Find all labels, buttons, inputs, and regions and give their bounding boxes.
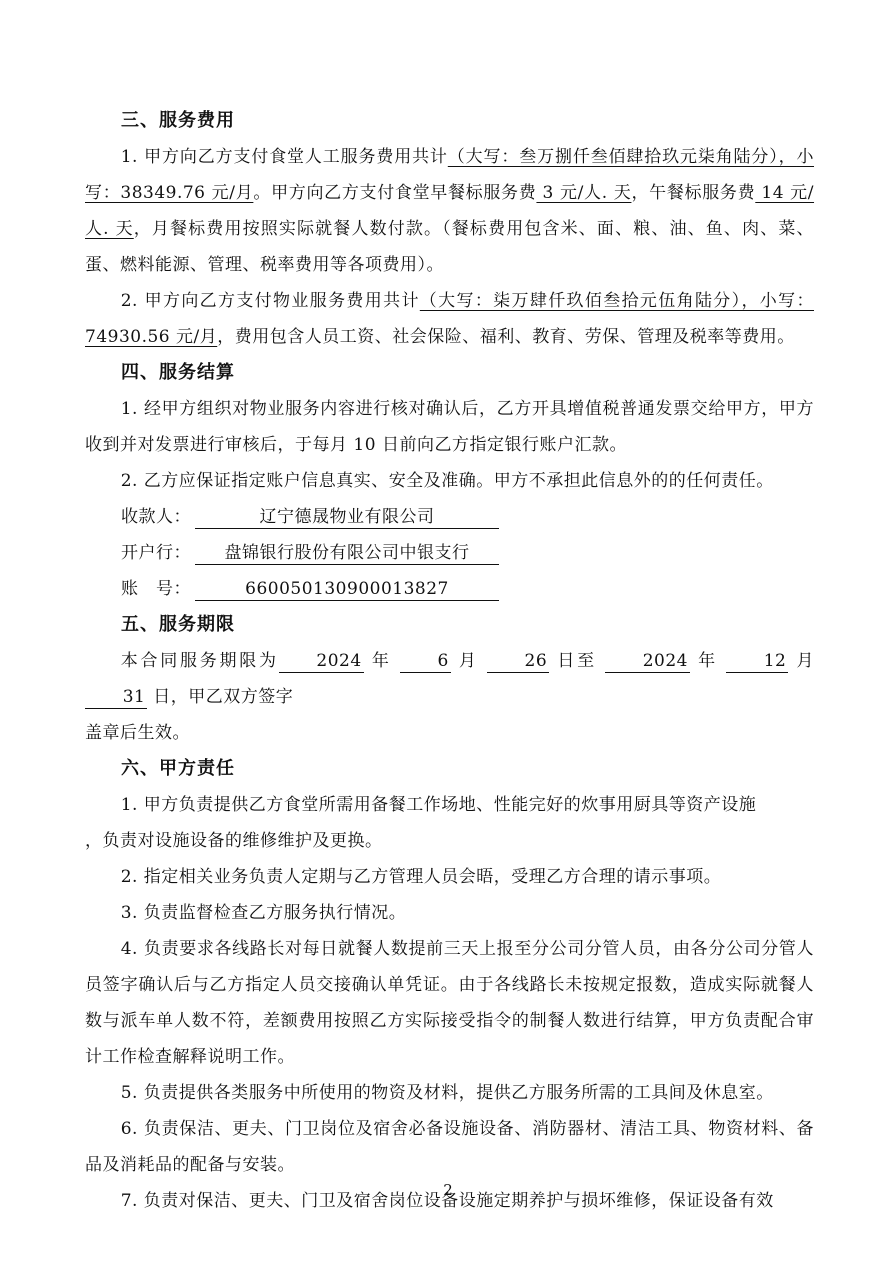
text-run: 2. 甲方向乙方支付物业服务费用共计 — [121, 291, 420, 311]
form-field: 开户行：盘锦银行股份有限公司中银支行 — [85, 535, 814, 571]
text-run: 日至 — [549, 651, 605, 671]
underlined-text: （大写：柒万肆仟玖佰叁拾元伍角陆分），小写： — [420, 291, 814, 311]
text-run: 6. 负责保洁、更夫、门卫岗位及宿舍必备设施设备、消防器材、清洁工具、物资材料、… — [85, 1119, 814, 1175]
text-run: 5. 负责提供各类服务中所使用的物资及材料，提供乙方服务所需的工具间及休息室。 — [121, 1083, 774, 1103]
text-run: 3. 负责监督检查乙方服务执行情况。 — [121, 903, 407, 923]
text-run: ，费用包含人员工资、社会保险、福利、教育、劳保、管理及税率等费用。 — [217, 327, 795, 347]
underlined-text: 3 元/人. 天 — [536, 183, 631, 203]
text-run: 1. 甲方向乙方支付食堂人工服务费用共计 — [121, 147, 448, 167]
paragraph: 4. 负责要求各线路长对每日就餐人数提前三天上报至分公司分管人员，由各分公司分管… — [85, 931, 814, 1075]
text-run: 2. 乙方应保证指定账户信息真实、安全及准确。甲方不承担此信息外的的任何责任。 — [121, 471, 774, 491]
field-label: 账 号： — [121, 579, 191, 599]
form-field: 收款人：辽宁德晟物业有限公司 — [85, 499, 814, 535]
paragraph: 1. 甲方负责提供乙方食堂所需用备餐工作场地、性能完好的炊事用厨具等资产设施，负… — [85, 787, 814, 859]
field-value: 盘锦银行股份有限公司中银支行 — [195, 543, 499, 565]
contract-page: 三、服务费用1. 甲方向乙方支付食堂人工服务费用共计（大写：叁万捌仟叁佰肆拾玖元… — [0, 0, 896, 1267]
text-run: 年 — [690, 651, 726, 671]
text-run: 本合同服务期限为 — [121, 651, 279, 671]
underlined-text: （大写：叁万捌仟叁佰肆拾玖元柒角陆分）， — [448, 147, 797, 167]
paragraph: 5. 负责提供各类服务中所使用的物资及材料，提供乙方服务所需的工具间及休息室。 — [85, 1075, 814, 1111]
form-field: 账 号：660050130900013827 — [85, 571, 814, 607]
blank-field: 12 — [726, 651, 788, 673]
field-value: 辽宁德晟物业有限公司 — [195, 507, 499, 529]
paragraph: 1. 经甲方组织对物业服务内容进行核对确认后，乙方开具增值税普通发票交给甲方，甲… — [85, 391, 814, 463]
underlined-text: 74930.56 元/月 — [85, 327, 217, 347]
page-number: 2 — [0, 1181, 896, 1199]
paragraph: 本合同服务期限为2024 年 6 月 26 日至 2024 年 12 月 31 … — [85, 643, 814, 751]
text-run: 盖章后生效。 — [85, 723, 190, 743]
field-label: 开户行： — [121, 543, 191, 563]
text-run: ，午餐标服务费 — [631, 183, 755, 203]
text-run: 月 — [451, 651, 487, 671]
field-value: 660050130900013827 — [195, 579, 499, 601]
text-run: ，负责对设施设备的维修维护及更换。 — [85, 831, 383, 851]
paragraph: 2. 指定相关业务负责人定期与乙方管理人员会晤，受理乙方合理的请示事项。 — [85, 859, 814, 895]
text-run: 2. 指定相关业务负责人定期与乙方管理人员会晤，受理乙方合理的请示事项。 — [121, 867, 722, 887]
text-run: 年 — [364, 651, 400, 671]
paragraph: 6. 负责保洁、更夫、门卫岗位及宿舍必备设施设备、消防器材、清洁工具、物资材料、… — [85, 1111, 814, 1183]
document-body: 三、服务费用1. 甲方向乙方支付食堂人工服务费用共计（大写：叁万捌仟叁佰肆拾玖元… — [85, 103, 814, 1219]
blank-field: 31 — [85, 687, 147, 709]
blank-field: 2024 — [605, 651, 690, 673]
text-run: 。甲方向乙方支付食堂早餐标服务费 — [253, 183, 536, 203]
section-heading: 四、服务结算 — [85, 355, 814, 391]
paragraph: 1. 甲方向乙方支付食堂人工服务费用共计（大写：叁万捌仟叁佰肆拾玖元柒角陆分），… — [85, 139, 814, 283]
text-run: 日，甲乙双方签字 — [147, 687, 293, 707]
text-run: 月 — [788, 651, 814, 671]
blank-field: 26 — [487, 651, 549, 673]
section-heading: 三、服务费用 — [85, 103, 814, 139]
blank-field: 2024 — [279, 651, 364, 673]
field-label: 收款人： — [121, 507, 191, 527]
paragraph: 3. 负责监督检查乙方服务执行情况。 — [85, 895, 814, 931]
paragraph: 2. 乙方应保证指定账户信息真实、安全及准确。甲方不承担此信息外的的任何责任。 — [85, 463, 814, 499]
text-run: 1. 甲方负责提供乙方食堂所需用备餐工作场地、性能完好的炊事用厨具等资产设施 — [121, 795, 757, 815]
section-heading: 六、甲方责任 — [85, 751, 814, 787]
blank-field: 6 — [400, 651, 451, 673]
text-run: 4. 负责要求各线路长对每日就餐人数提前三天上报至分公司分管人员，由各分公司分管… — [85, 939, 814, 1067]
section-heading: 五、服务期限 — [85, 607, 814, 643]
text-run: 1. 经甲方组织对物业服务内容进行核对确认后，乙方开具增值税普通发票交给甲方，甲… — [85, 399, 814, 455]
text-run: ，月餐标费用按照实际就餐人数付款。（餐标费用包含米、面、粮、油、鱼、肉、菜、蛋、… — [85, 219, 814, 275]
paragraph: 2. 甲方向乙方支付物业服务费用共计（大写：柒万肆仟玖佰叁拾元伍角陆分），小写：… — [85, 283, 814, 355]
